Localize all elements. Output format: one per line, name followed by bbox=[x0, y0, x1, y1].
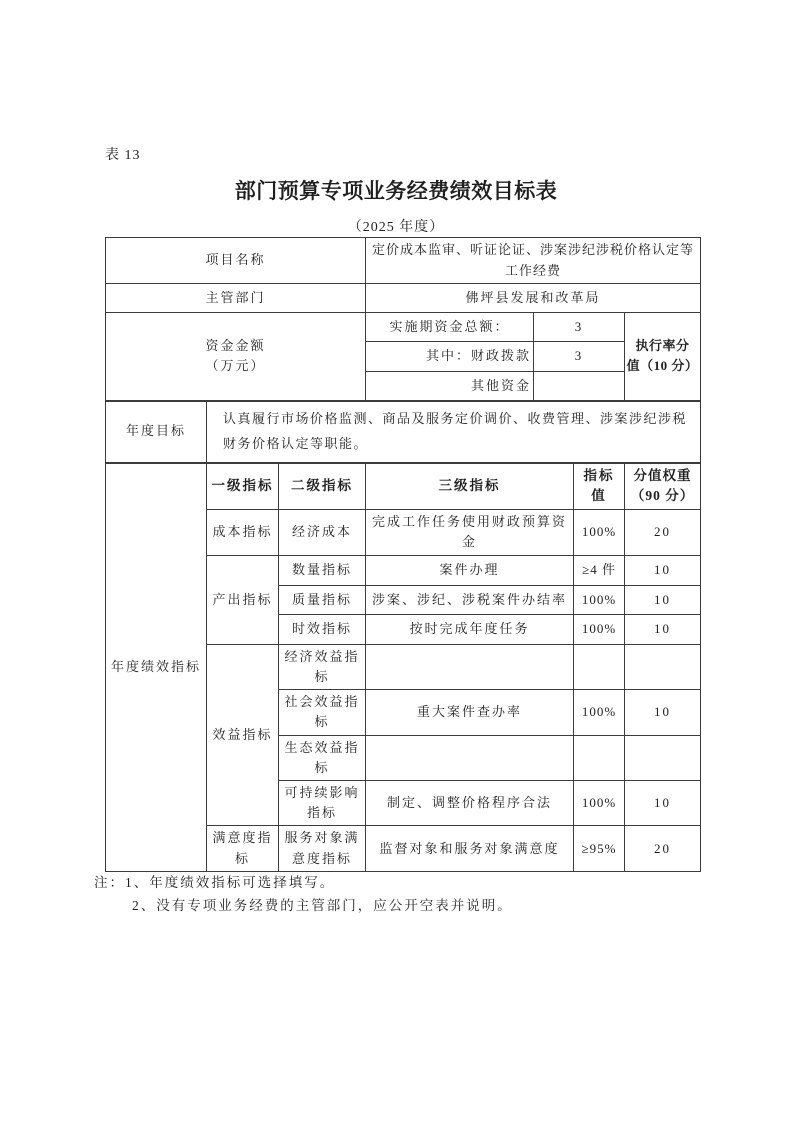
indicator-level3: 完成工作任务使用财政预算资金 bbox=[366, 510, 574, 555]
indicator-level1: 满意度指标 bbox=[207, 826, 279, 871]
funds-fiscal-value: 3 bbox=[534, 342, 625, 372]
indicator-weight: 10 bbox=[625, 689, 701, 735]
indicator-level3: 监督对象和服务对象满意度 bbox=[366, 826, 574, 871]
indicator-weight bbox=[625, 644, 701, 689]
notes: 注：1、年度绩效指标可选择填写。 2、没有专项业务经费的主管部门，应公开空表并说… bbox=[94, 871, 513, 917]
department-value: 佛坪县发展和改革局 bbox=[366, 284, 701, 313]
indicator-level3: 涉案、涉纪、涉税案件办结率 bbox=[366, 585, 574, 614]
header-weight: 分值权重 （90 分） bbox=[625, 463, 701, 510]
funds-total-value: 3 bbox=[534, 313, 625, 342]
annual-goal-label: 年度目标 bbox=[106, 401, 207, 463]
project-name-value: 定价成本监审、听证论证、涉案涉纪涉税价格认定等工作经费 bbox=[366, 238, 701, 284]
department-label: 主管部门 bbox=[106, 284, 366, 313]
table-row: 资金金额 （万元） 实施期资金总额： 3 执行率分 值（10 分） bbox=[106, 313, 701, 342]
indicator-value: ≥4 件 bbox=[574, 555, 625, 585]
indicator-level3: 按时完成年度任务 bbox=[366, 614, 574, 644]
performance-target-table: 项目名称 定价成本监审、听证论证、涉案涉纪涉税价格认定等工作经费 主管部门 佛坪… bbox=[105, 237, 701, 872]
indicator-value bbox=[574, 644, 625, 689]
note-1: 注：1、年度绩效指标可选择填写。 bbox=[94, 871, 513, 894]
indicator-level1: 产出指标 bbox=[207, 555, 279, 644]
funds-amount-label: 资金金额 （万元） bbox=[106, 313, 366, 401]
page-title: 部门预算专项业务经费绩效目标表 bbox=[0, 175, 792, 205]
indicator-level3 bbox=[366, 735, 574, 780]
table-row: 项目名称 定价成本监审、听证论证、涉案涉纪涉税价格认定等工作经费 bbox=[106, 238, 701, 284]
page-subtitle: （2025 年度） bbox=[0, 216, 792, 236]
indicator-level2: 生态效益指标 bbox=[279, 735, 366, 780]
funds-total-label: 实施期资金总额： bbox=[366, 313, 534, 342]
table-row: 年度目标 认真履行市场价格监测、商品及服务定价调价、收费管理、涉案涉纪涉税财务价… bbox=[106, 401, 701, 463]
indicator-level2: 可持续影响指标 bbox=[279, 781, 366, 826]
indicator-level2: 时效指标 bbox=[279, 614, 366, 644]
indicator-level1: 成本指标 bbox=[207, 510, 279, 555]
table-row: 主管部门 佛坪县发展和改革局 bbox=[106, 284, 701, 313]
header-value: 指标值 bbox=[574, 463, 625, 510]
header-level2: 二级指标 bbox=[279, 463, 366, 510]
indicator-level2: 质量指标 bbox=[279, 585, 366, 614]
indicator-weight bbox=[625, 735, 701, 780]
indicator-level2: 经济效益指标 bbox=[279, 644, 366, 689]
indicator-value: 100% bbox=[574, 585, 625, 614]
indicator-value: 100% bbox=[574, 510, 625, 555]
document-page: { "page": { "table_no": "表 13", "title":… bbox=[0, 0, 792, 1121]
execution-rate-label: 执行率分 值（10 分） bbox=[625, 313, 701, 401]
table-number: 表 13 bbox=[105, 144, 141, 164]
indicators-section-label: 年度绩效指标 bbox=[106, 463, 207, 872]
indicator-level2: 社会效益指标 bbox=[279, 689, 366, 735]
funds-other-value bbox=[534, 372, 625, 401]
indicator-level3 bbox=[366, 644, 574, 689]
note-2: 2、没有专项业务经费的主管部门，应公开空表并说明。 bbox=[132, 894, 513, 917]
indicator-weight: 10 bbox=[625, 781, 701, 826]
indicator-level2: 经济成本 bbox=[279, 510, 366, 555]
indicator-level2: 数量指标 bbox=[279, 555, 366, 585]
project-name-label: 项目名称 bbox=[106, 238, 366, 284]
annual-goal-value: 认真履行市场价格监测、商品及服务定价调价、收费管理、涉案涉纪涉税财务价格认定等职… bbox=[207, 401, 701, 463]
funds-fiscal-label: 其中：财政拨款 bbox=[366, 342, 534, 372]
indicator-level2: 服务对象满意度指标 bbox=[279, 826, 366, 871]
indicator-level1: 效益指标 bbox=[207, 644, 279, 826]
indicator-value: 100% bbox=[574, 614, 625, 644]
indicator-weight: 10 bbox=[625, 555, 701, 585]
funds-other-label: 其他资金 bbox=[366, 372, 534, 401]
table-row: 年度绩效指标 一级指标 二级指标 三级指标 指标值 分值权重 （90 分） bbox=[106, 463, 701, 510]
indicator-weight: 20 bbox=[625, 826, 701, 871]
indicator-level3: 重大案件查办率 bbox=[366, 689, 574, 735]
header-level1: 一级指标 bbox=[207, 463, 279, 510]
indicator-value: 100% bbox=[574, 689, 625, 735]
indicator-level3: 案件办理 bbox=[366, 555, 574, 585]
indicator-value bbox=[574, 735, 625, 780]
indicator-value: 100% bbox=[574, 781, 625, 826]
indicator-value: ≥95% bbox=[574, 826, 625, 871]
header-level3: 三级指标 bbox=[366, 463, 574, 510]
indicator-weight: 20 bbox=[625, 510, 701, 555]
indicator-weight: 10 bbox=[625, 585, 701, 614]
indicator-weight: 10 bbox=[625, 614, 701, 644]
indicator-level3: 制定、调整价格程序合法 bbox=[366, 781, 574, 826]
